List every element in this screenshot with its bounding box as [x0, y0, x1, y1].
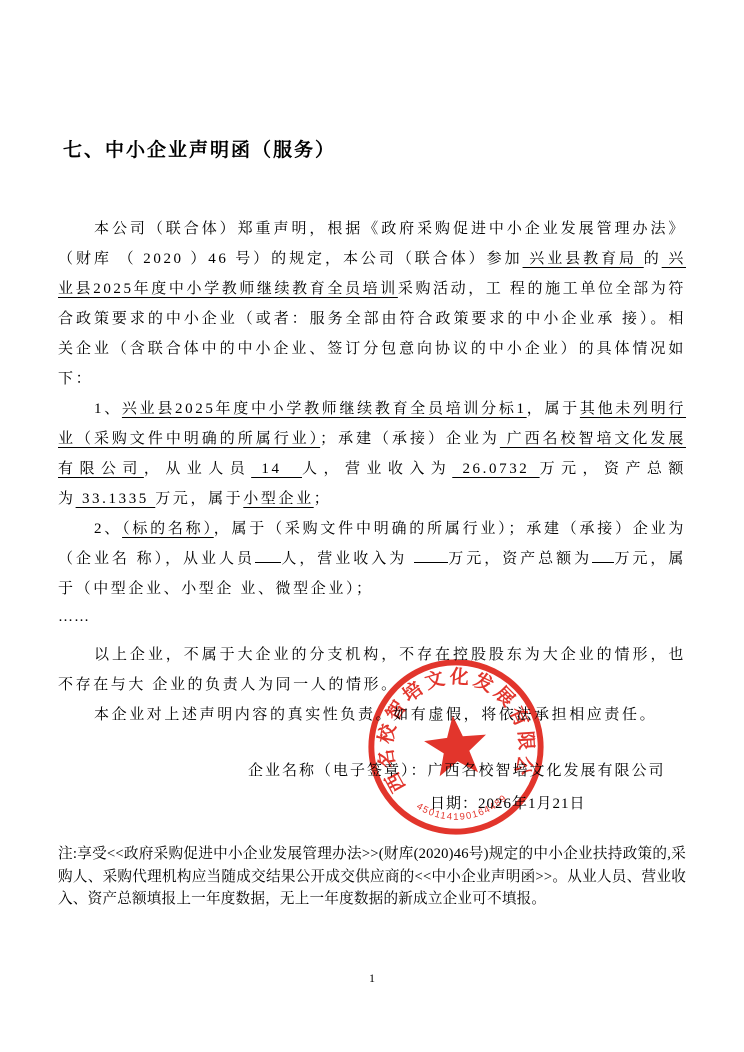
- item1-enterprise-size: 小型企业: [243, 491, 313, 507]
- page-number: 1: [0, 971, 744, 986]
- item1-text-3: ，从业人员: [144, 461, 251, 477]
- item1-text-2: ；承建（承接）企业为: [320, 431, 500, 447]
- declaration-paragraph: 本公司（联合体）郑重声明，根据《政府采购促进中小企业发展管理办法》（财库 （ 2…: [58, 214, 686, 394]
- seal-company-text: 广西名校智培文化发展有限公司: [356, 647, 541, 799]
- declaration-mid-text: 的: [644, 251, 662, 267]
- ellipsis-line: ……: [58, 604, 686, 630]
- item2-text-2: 人，营业收入为: [281, 551, 414, 567]
- item1-employee-count: 14: [251, 461, 302, 477]
- item1-revenue-value: 26.0732: [452, 461, 539, 477]
- note-paragraph: 注:享受<<政府采购促进中小企业发展管理办法>>(财库(2020)46号)规定的…: [58, 843, 686, 911]
- item2-employees-blank: [255, 547, 281, 563]
- purchaser-name: 兴业县教育局: [523, 251, 644, 267]
- item1-paragraph: 1、兴业县2025年度中小学教师继续教育全员培训分标1，属于其他未列明行业（采购…: [58, 394, 686, 514]
- item2-paragraph: 2、（标的名称），属于（采购文件中明确的所属行业）；承建（承接）企业为（企业名 …: [58, 514, 686, 604]
- item1-text-6: 万元，属于: [155, 491, 243, 507]
- item2-subject-placeholder: （标的名称）: [122, 521, 214, 537]
- document-title: 七、中小企业声明函（服务）: [63, 140, 686, 162]
- item1-assets-value: 33.1335: [76, 491, 156, 507]
- item2-revenue-blank: [414, 547, 448, 563]
- item1-text-1: ，属于: [527, 401, 580, 417]
- item1-text-7: ；: [314, 491, 332, 507]
- item1-number: 1、: [94, 401, 122, 417]
- svg-text:广西名校智培文化发展有限公司: 广西名校智培文化发展有限公司: [356, 647, 541, 799]
- seal-star-icon: [422, 712, 490, 777]
- company-seal: 广西名校智培文化发展有限公司 450114190164489: [356, 647, 556, 847]
- item2-number: 2、: [94, 521, 122, 537]
- item2-text-3: 万元，资产总额为: [448, 551, 592, 567]
- item1-subject-name: 兴业县2025年度中小学教师继续教育全员培训分标1: [122, 401, 527, 417]
- item2-assets-blank: [592, 547, 614, 563]
- document-page: 七、中小企业声明函（服务） 本公司（联合体）郑重声明，根据《政府采购促进中小企业…: [0, 0, 744, 1052]
- item1-text-4: 人，营业收入为: [302, 461, 452, 477]
